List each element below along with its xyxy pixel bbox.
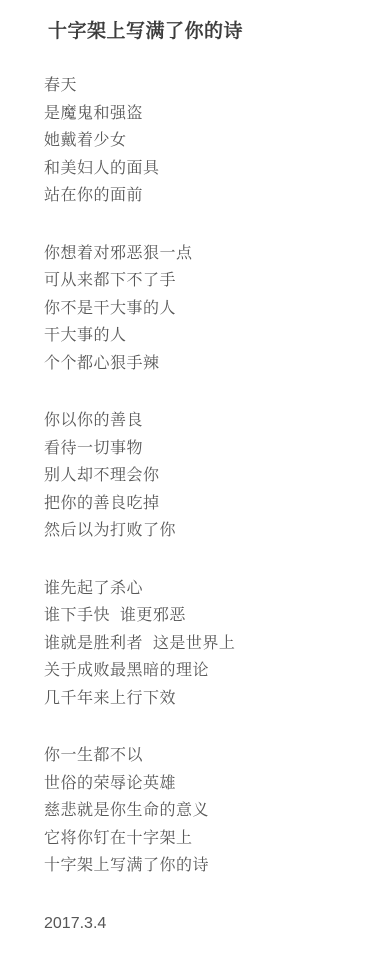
poem-line: 它将你钉在十字架上 xyxy=(44,825,345,853)
stanza-3: 你以你的善良 看待一切事物 别人却不理会你 把你的善良吃掉 然后以为打败了你 xyxy=(44,407,345,545)
poem-line: 是魔鬼和强盗 xyxy=(44,100,345,128)
poem-line: 关于成败最黑暗的理论 xyxy=(44,657,345,685)
poem-line: 谁就是胜利者 这是世界上 xyxy=(44,630,345,658)
poem-line: 可从来都下不了手 xyxy=(44,267,345,295)
poem-page: 十字架上写满了你的诗 春天 是魔鬼和强盗 她戴着少女 和美妇人的面具 站在你的面… xyxy=(0,0,365,958)
poem-line: 春天 xyxy=(44,72,345,100)
poem-line: 把你的善良吃掉 xyxy=(44,490,345,518)
poem-line: 别人却不理会你 xyxy=(44,462,345,490)
poem-line: 你以你的善良 xyxy=(44,407,345,435)
stanza-1: 春天 是魔鬼和强盗 她戴着少女 和美妇人的面具 站在你的面前 xyxy=(44,72,345,210)
stanza-2: 你想着对邪恶狠一点 可从来都下不了手 你不是干大事的人 干大事的人 个个都心狠手… xyxy=(44,240,345,378)
poem-title: 十字架上写满了你的诗 xyxy=(44,18,345,45)
poem-line: 你想着对邪恶狠一点 xyxy=(44,240,345,268)
poem-line: 谁先起了杀心 xyxy=(44,575,345,603)
poem-line: 然后以为打败了你 xyxy=(44,517,345,545)
poem-line: 世俗的荣辱论英雄 xyxy=(44,770,345,798)
poem-line: 你一生都不以 xyxy=(44,742,345,770)
poem-line: 十字架上写满了你的诗 xyxy=(44,852,345,880)
poem-line: 她戴着少女 xyxy=(44,127,345,155)
poem-line: 个个都心狠手辣 xyxy=(44,350,345,378)
stanza-4: 谁先起了杀心 谁下手快 谁更邪恶 谁就是胜利者 这是世界上 关于成败最黑暗的理论… xyxy=(44,575,345,713)
poem-date: 2017.3.4 xyxy=(44,910,345,938)
poem-line: 看待一切事物 xyxy=(44,435,345,463)
poem-line: 和美妇人的面具 xyxy=(44,155,345,183)
poem-line: 谁下手快 谁更邪恶 xyxy=(44,602,345,630)
stanza-5: 你一生都不以 世俗的荣辱论英雄 慈悲就是你生命的意义 它将你钉在十字架上 十字架… xyxy=(44,742,345,880)
poem-line: 站在你的面前 xyxy=(44,182,345,210)
poem-line: 慈悲就是你生命的意义 xyxy=(44,797,345,825)
poem-line: 你不是干大事的人 xyxy=(44,295,345,323)
poem-line: 几千年来上行下效 xyxy=(44,685,345,713)
poem-line: 干大事的人 xyxy=(44,322,345,350)
